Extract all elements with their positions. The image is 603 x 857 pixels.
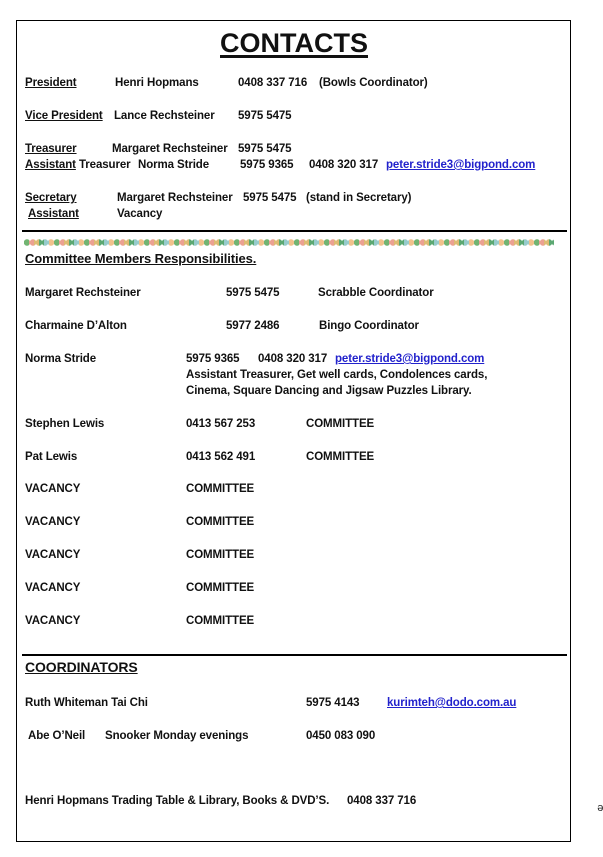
committee-heading: Committee Members Responsibilities. [25, 252, 256, 266]
committee-member-name: VACANCY [25, 482, 80, 496]
president-note: (Bowls Coordinator) [319, 76, 428, 90]
committee-member-role: COMMITTEE [306, 450, 374, 464]
treasurer-name: Margaret Rechsteiner [112, 142, 228, 156]
assistant-treasurer-role-rest: Treasurer [79, 158, 131, 172]
committee-member-mobile: 0408 320 317 [258, 352, 327, 366]
secretary-name: Margaret Rechsteiner [117, 191, 233, 205]
treasurer-role: Treasurer [25, 142, 77, 156]
committee-member-phone: 5975 5475 [226, 286, 279, 300]
committee-member-role: COMMITTEE [186, 614, 254, 628]
committee-member-role: COMMITTEE [186, 548, 254, 562]
assistant-treasurer-role: Assistant [25, 158, 76, 172]
coordinator-email-link[interactable]: kurimteh@dodo.com.au [387, 696, 516, 710]
treasurer-phone: 5975 5475 [238, 142, 291, 156]
coordinator-phone: 0450 083 090 [306, 729, 375, 743]
committee-member-role: COMMITTEE [306, 417, 374, 431]
committee-member-role: COMMITTEE [186, 515, 254, 529]
committee-member-name: VACANCY [25, 548, 80, 562]
assistant-treasurer-name: Norma Stride [138, 158, 209, 172]
leaf-border-decoration [24, 238, 554, 247]
committee-member-name: Stephen Lewis [25, 417, 104, 431]
trading-table-phone: 0408 337 716 [347, 794, 416, 808]
committee-member-name: VACANCY [25, 515, 80, 529]
coordinator-activity: Snooker Monday evenings [105, 729, 248, 743]
president-phone: 0408 337 716 [238, 76, 307, 90]
committee-member-duties: Assistant Treasurer, Get well cards, Con… [186, 368, 487, 382]
president-name: Henri Hopmans [115, 76, 199, 90]
committee-member-role: Bingo Coordinator [319, 319, 419, 333]
page-border [16, 20, 571, 842]
page-title: CONTACTS [0, 28, 588, 59]
secretary-role: Secretary [25, 191, 77, 205]
president-role: President [25, 76, 77, 90]
committee-member-name: VACANCY [25, 614, 80, 628]
page-word: Page [597, 802, 603, 814]
committee-member-email-link[interactable]: peter.stride3@bigpond.com [335, 352, 484, 366]
committee-member-phone: 5975 9365 [186, 352, 239, 366]
coordinators-heading: COORDINATORS [25, 660, 138, 674]
committee-member-phone: 5977 2486 [226, 319, 279, 333]
assistant-secretary-role: Assistant [28, 207, 79, 221]
committee-member-name: Charmaine D’Alton [25, 319, 127, 333]
committee-member-duties: Cinema, Square Dancing and Jigsaw Puzzle… [186, 384, 472, 398]
assistant-treasurer-mobile: 0408 320 317 [309, 158, 378, 172]
committee-member-name: Margaret Rechsteiner [25, 286, 141, 300]
committee-member-name: VACANCY [25, 581, 80, 595]
coordinator-name: Abe O’Neil [28, 729, 85, 743]
committee-member-role: COMMITTEE [186, 581, 254, 595]
vice-president-phone: 5975 5475 [238, 109, 291, 123]
assistant-treasurer-email-link[interactable]: peter.stride3@bigpond.com [386, 158, 535, 172]
assistant-secretary-name: Vacancy [117, 207, 162, 221]
trading-table-text: Henri Hopmans Trading Table & Library, B… [25, 794, 329, 808]
secretary-phone: 5975 5475 [243, 191, 296, 205]
vice-president-role: Vice President [25, 109, 103, 123]
section-divider [22, 230, 567, 232]
assistant-treasurer-phone: 5975 9365 [240, 158, 293, 172]
committee-member-phone: 0413 567 253 [186, 417, 255, 431]
vice-president-name: Lance Rechsteiner [114, 109, 215, 123]
coordinator-name-activity: Ruth Whiteman Tai Chi [25, 696, 148, 710]
committee-member-role: COMMITTEE [186, 482, 254, 496]
committee-member-name: Norma Stride [25, 352, 96, 366]
page-number: Page2 [577, 768, 599, 818]
committee-member-name: Pat Lewis [25, 450, 77, 464]
committee-member-role: Scrabble Coordinator [318, 286, 434, 300]
committee-member-phone: 0413 562 491 [186, 450, 255, 464]
section-divider [22, 654, 567, 656]
coordinator-phone: 5975 4143 [306, 696, 359, 710]
secretary-note: (stand in Secretary) [306, 191, 411, 205]
